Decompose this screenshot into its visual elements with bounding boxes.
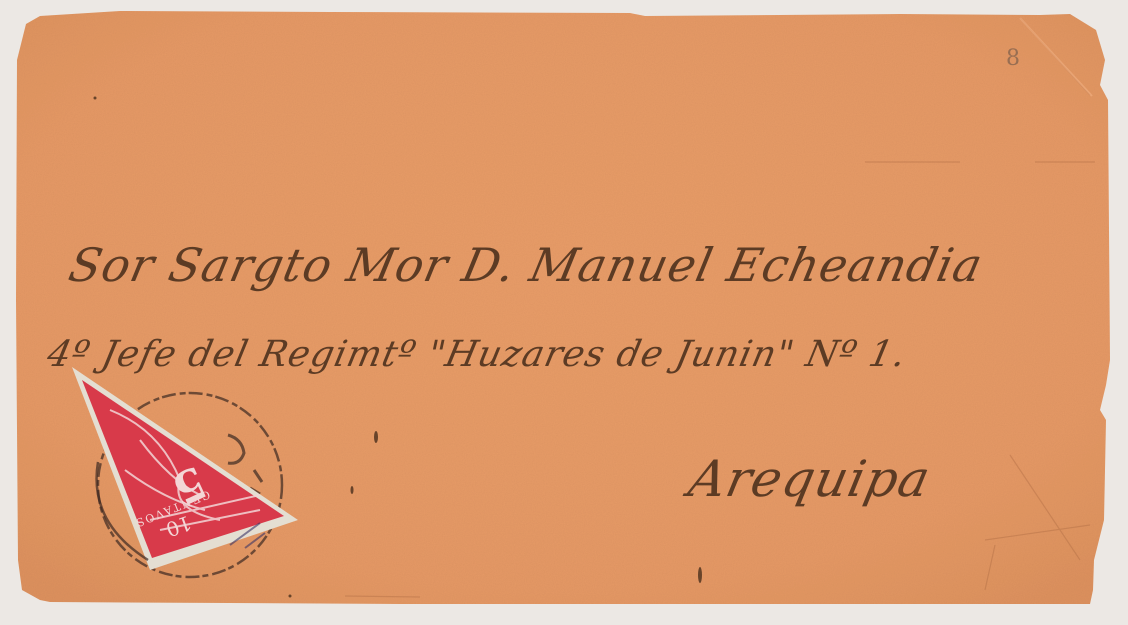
- pencil-note: 8: [1006, 46, 1021, 71]
- envelope-scene: 5 10 CENTAVOS: [0, 0, 1128, 625]
- address-line-2: 4º Jefe del Regimtº "Huzares de Junin" N…: [44, 334, 911, 375]
- address-city: Arequipa: [684, 450, 936, 508]
- address-line-1: Sor Sargto Mor D. Manuel Echeandia: [64, 238, 988, 292]
